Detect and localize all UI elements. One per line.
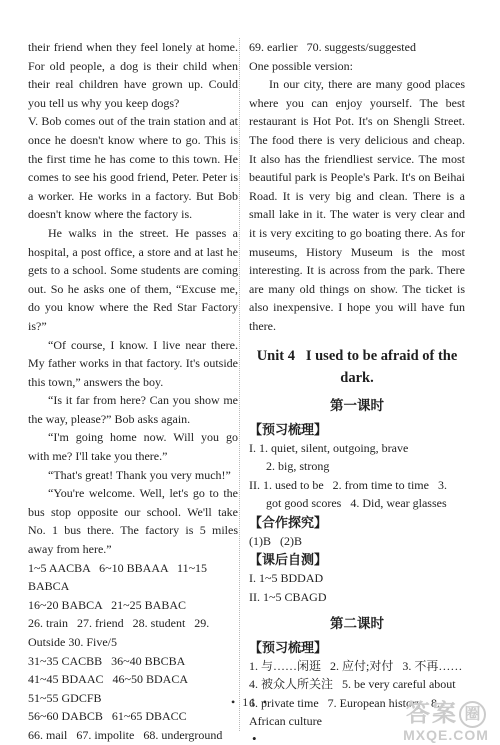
answer-line: 66. mail 67. impolite 68. underground xyxy=(28,726,238,745)
version-label: One possible version: xyxy=(249,57,465,76)
selftest-line: II. 1~5 CBAGD xyxy=(249,588,465,607)
selftest-line: I. 1~5 BDDAD xyxy=(249,569,465,588)
left-column: their friend when they feel lonely at ho… xyxy=(28,38,238,731)
prep-line: II. 1. used to be 2. from time to time 3… xyxy=(249,476,465,513)
prep-line: I. 1. quiet, silent, outgoing, brave xyxy=(249,439,465,458)
watermark-logo-text: 答案 xyxy=(406,701,458,727)
answer-line: 16~20 BABCA 21~25 BABAC xyxy=(28,596,238,615)
lesson2-title: 第二课时 xyxy=(249,614,465,633)
paragraph-continuation: their friend when they feel lonely at ho… xyxy=(28,38,238,112)
watermark-logo: 答案圈 xyxy=(396,701,496,728)
prep-line: 1. 与……闲逛 2. 应付;对付 3. 不再…… xyxy=(249,657,465,676)
unit-title: Unit 4 I used to be afraid of the dark. xyxy=(251,345,463,389)
section-header-preview: 【预习梳理】 xyxy=(249,638,465,657)
prep-subline: 2. big, strong xyxy=(249,457,465,476)
section-header-preview: 【预习梳理】 xyxy=(249,420,465,439)
answer-line: 1~5 AACBA 6~10 BBAAA 11~15 BABCA xyxy=(28,559,238,596)
cooperation-answers: (1)B (2)B xyxy=(249,532,465,551)
answer-line: 56~60 DABCB 61~65 DBACC xyxy=(28,707,238,726)
dialog-paragraph: “You're welcome. Well, let's go to the b… xyxy=(28,484,238,558)
section-header-cooperation: 【合作探究】 xyxy=(249,513,465,532)
dialog-paragraph: “I'm going home now. Will you go with me… xyxy=(28,428,238,465)
dialog-paragraph: “That's great! Thank you very much!” xyxy=(28,466,238,485)
lesson1-title: 第一课时 xyxy=(249,396,465,415)
reading-passage: V. Bob comes out of the train station an… xyxy=(28,112,238,224)
prep-line: 4. 被众人所关注 5. be very careful about xyxy=(249,675,465,694)
answer-line: 41~45 BDAAC 46~50 BDACA xyxy=(28,670,238,689)
watermark: 答案圈 MXQE.COM xyxy=(396,701,496,743)
selftest-lines: I. 1~5 BDDADII. 1~5 CBAGD xyxy=(249,569,465,606)
right-column: 69. earlier 70. suggests/suggested One p… xyxy=(239,38,465,731)
essay-paragraph: In our city, there are many good places … xyxy=(249,75,465,335)
section-header-selftest: 【课后自测】 xyxy=(249,550,465,569)
dialog-paragraph: “Of course, I know. I live near there. M… xyxy=(28,336,238,392)
dialog-paragraphs: He walks in the street. He passes a hosp… xyxy=(28,224,238,559)
workbook-page: their friend when they feel lonely at ho… xyxy=(0,0,500,745)
watermark-url: MXQE.COM xyxy=(396,728,496,743)
watermark-circle-char: 圈 xyxy=(459,701,486,728)
dialog-paragraph: He walks in the street. He passes a hosp… xyxy=(28,224,238,336)
dialog-paragraph: “Is it far from here? Can you show me th… xyxy=(28,391,238,428)
answer-line: 26. train 27. friend 28. student 29. Out… xyxy=(28,614,238,651)
answer-line: 31~35 CACBB 36~40 BBCBA xyxy=(28,652,238,671)
answer-line: 69. earlier 70. suggests/suggested xyxy=(249,38,465,57)
page-body: their friend when they feel lonely at ho… xyxy=(28,38,465,731)
answer-key-lines: 1~5 AACBA 6~10 BBAAA 11~15 BABCA16~20 BA… xyxy=(28,559,238,745)
